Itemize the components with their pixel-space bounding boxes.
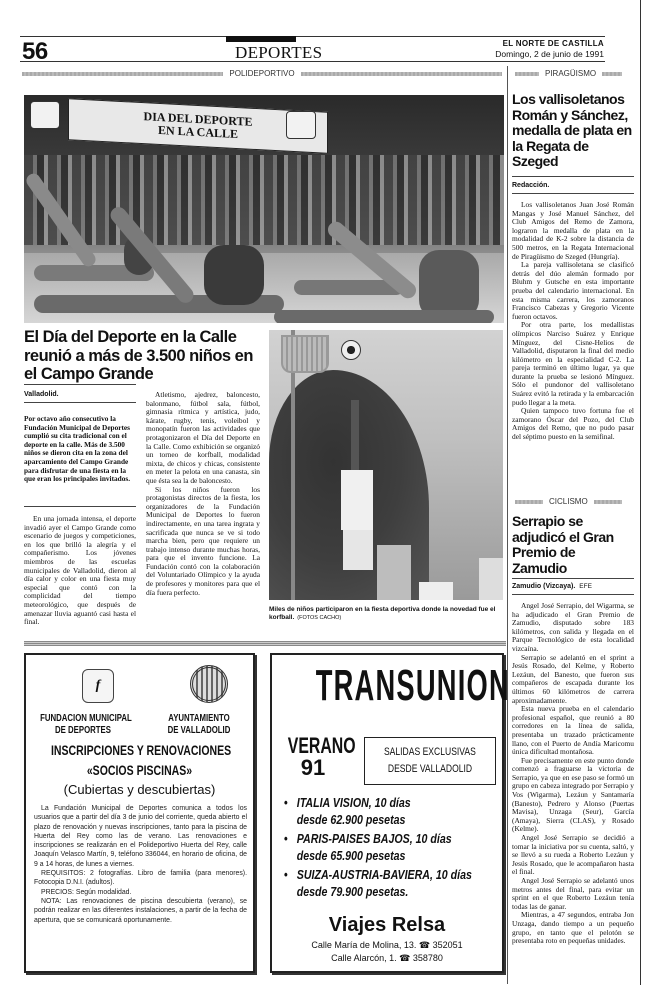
ad-socios-piscinas: f FUNDACION MUNICIPAL DE DEPORTES AYUNTA… [24, 653, 255, 973]
main-article-col2: Atletismo, ajedrez, baloncesto, balonman… [146, 391, 260, 597]
byline-rule [24, 402, 136, 403]
trip-item: PARIS-PAISES BAJOS, 10 díasdesde 65.900 … [284, 831, 467, 864]
photo-player [341, 470, 373, 530]
photo-gymnast [204, 245, 264, 305]
paragraph: Esta nueva prueba en el calendario profe… [512, 705, 634, 757]
masthead-bottom-rule [20, 61, 605, 62]
paragraph: Angel José Serrapio se adelantó unos met… [512, 877, 634, 911]
photo-player [377, 545, 411, 600]
trip-name: PARIS-PAISES BAJOS, 10 días [297, 832, 452, 846]
trip-item: SUIZA-AUSTRIA-BAVIERA, 10 díasdesde 79.9… [284, 867, 467, 900]
paragraph: Angel José Serrapio se decidió a tomar l… [512, 834, 634, 877]
trip-name: ITALIA VISION, 10 días [297, 796, 411, 810]
label-bar [594, 500, 622, 504]
org-line: FUNDACION MUNICIPAL [40, 713, 126, 725]
section-title: DEPORTES [235, 43, 322, 63]
paragraph: Por otra parte, los medallistas olímpico… [512, 321, 634, 407]
photo-gymnast [274, 310, 494, 323]
section-label-piraguismo: PIRAGÜISMO [515, 69, 635, 78]
paragraph: Angel José Serrapio, del Wigarma, se ha … [512, 602, 634, 654]
paragraph: Si los niños fueron los protagonistas di… [146, 486, 260, 598]
label-bar [515, 72, 539, 76]
org-line: DE VALLADOLID [156, 725, 242, 737]
label-bar [515, 500, 543, 504]
main-article-col1: En una jornada intensa, el deporte invad… [24, 515, 136, 627]
paragraph: La pareja vallisoletana se clasificó det… [512, 261, 634, 321]
main-lede: Por octavo año consecutivo la Fundación … [24, 415, 136, 484]
masthead-top-rule [20, 36, 605, 37]
label-bar [22, 72, 223, 76]
trip-price: desde 79.900 pesetas. [297, 885, 409, 899]
photo-credit: (FOTOS CACHO) [297, 615, 341, 621]
side-byline: Redacción. [512, 182, 549, 189]
photo-player-arm [351, 400, 359, 475]
ad-year: 91 [278, 755, 348, 781]
ad-parenthetical: (Cubiertas y descubiertas) [26, 782, 253, 797]
photo-spectator [479, 558, 503, 600]
trip-list: ITALIA VISION, 10 díasdesde 62.900 peset… [284, 795, 499, 903]
ad-brand: TRANSUNION [316, 661, 459, 711]
photo-spectator [419, 582, 453, 600]
ad-subtitle: «SOCIOS PISCINAS» [51, 763, 228, 778]
trip-item: ITALIA VISION, 10 díasdesde 62.900 peset… [284, 795, 467, 828]
photo-crowd [24, 155, 504, 245]
paragraph: NOTA: Las renovaciones de piscina descub… [34, 897, 247, 925]
photo-caption: Miles de niños participaron en la fiesta… [269, 606, 503, 622]
byline-rule [512, 193, 634, 194]
paragraph: La Fundación Municipal de Deportes comun… [34, 804, 247, 869]
main-photo-gymnastics: DIA DEL DEPORTE EN LA CALLE [24, 95, 504, 323]
byline-rule [512, 578, 634, 579]
newspaper-name: EL NORTE DE CASTILLA [503, 39, 604, 48]
trip-price: desde 65.900 pesetas [297, 849, 406, 863]
valladolid-coat-of-arms-icon [190, 665, 228, 703]
photo-player [343, 530, 373, 570]
byline-rule [512, 176, 634, 177]
ad-title: INSCRIPCIONES Y RENOVACIONES [51, 743, 228, 758]
section-label-text: POLIDEPORTIVO [229, 69, 294, 78]
column-divider [507, 66, 508, 984]
section-label-polideportivo: POLIDEPORTIVO [22, 69, 502, 78]
ad-org-right: AYUNTAMIENTO DE VALLADOLID [156, 713, 242, 737]
fmd-logo-icon: f [82, 669, 114, 703]
org-line: AYUNTAMIENTO [156, 713, 242, 725]
label-bar [602, 72, 622, 76]
ad-agency: Viajes Relsa [272, 914, 502, 937]
ad-transunion: TRANSUNION VERANO 91 SALIDAS EXCLUSIVAS … [270, 653, 504, 973]
lede-rule [24, 506, 136, 507]
box-line: DESDE VALLADOLID [388, 761, 472, 778]
byline-rule [24, 384, 136, 385]
paragraph: Serrapio se adelantó en el sprint a Jesú… [512, 654, 634, 706]
section-label-ciclismo: CICLISMO [515, 497, 635, 506]
side-headline-ciclismo: Serrapio se adjudicó el Gran Premio de Z… [512, 514, 632, 576]
fmd-logo-icon [30, 101, 60, 129]
paragraph: Atletismo, ajedrez, baloncesto, balonman… [146, 391, 260, 486]
section-marker-bar [226, 36, 296, 42]
banner-line-2: EN LA CALLE [158, 124, 238, 141]
ad-org-left: FUNDACION MUNICIPAL DE DEPORTES [40, 713, 126, 737]
trip-name: SUIZA-AUSTRIA-BAVIERA, 10 días [297, 868, 472, 882]
ad-departures-box: SALIDAS EXCLUSIVAS DESDE VALLADOLID [364, 737, 496, 785]
korfball-basket-icon [281, 335, 329, 373]
paragraph: Quien tampoco tuvo fortuna fue el zamora… [512, 407, 634, 441]
trip-price: desde 62.900 pesetas [297, 813, 406, 827]
label-bar [301, 72, 502, 76]
paragraph: En una jornada intensa, el deporte invad… [24, 515, 136, 627]
piraguismo-article-body: Los vallisoletanos Juan José Román Manga… [512, 201, 634, 442]
box-line: SALIDAS EXCLUSIVAS [384, 744, 476, 761]
paragraph: Fue precisamente en este punto donde com… [512, 757, 634, 834]
page-edge-rule [640, 0, 641, 985]
fmd-logo-icon [286, 111, 316, 139]
byline-place: Zamudio (Vizcaya). [512, 583, 575, 590]
side-byline: Zamudio (Vizcaya).EFE [512, 583, 592, 590]
ciclismo-article-body: Angel José Serrapio, del Wigarma, se ha … [512, 602, 634, 946]
paragraph: Mientras, a 47 segundos, entraba Jon Unz… [512, 911, 634, 945]
ball-icon [341, 340, 361, 360]
section-label-text: CICLISMO [549, 497, 588, 506]
paragraph: PRECIOS: Según modalidad. [34, 888, 247, 897]
issue-date: Domingo, 2 de junio de 1991 [495, 49, 604, 59]
byline-rule [512, 594, 634, 595]
org-line: DE DEPORTES [40, 725, 126, 737]
korfball-photo [269, 330, 503, 600]
main-byline: Valladolid. [24, 391, 59, 398]
ad-body: La Fundación Municipal de Deportes comun… [34, 804, 247, 925]
main-headline: El Día del Deporte en la Calle reunió a … [24, 328, 264, 384]
ads-divider [24, 641, 506, 646]
ad-address: Calle Alarcón, 1. ☎ 358780 [272, 953, 502, 964]
side-headline-piraguismo: Los vallisoletanos Román y Sánchez, meda… [512, 92, 632, 170]
paragraph: REQUISITOS: 2 fotografías. Libro de fami… [34, 869, 247, 888]
section-label-text: PIRAGÜISMO [545, 69, 596, 78]
ad-address: Calle María de Molina, 13. ☎ 352051 [272, 940, 502, 951]
paragraph: Los vallisoletanos Juan José Román Manga… [512, 201, 634, 261]
byline-agency: EFE [579, 583, 592, 590]
